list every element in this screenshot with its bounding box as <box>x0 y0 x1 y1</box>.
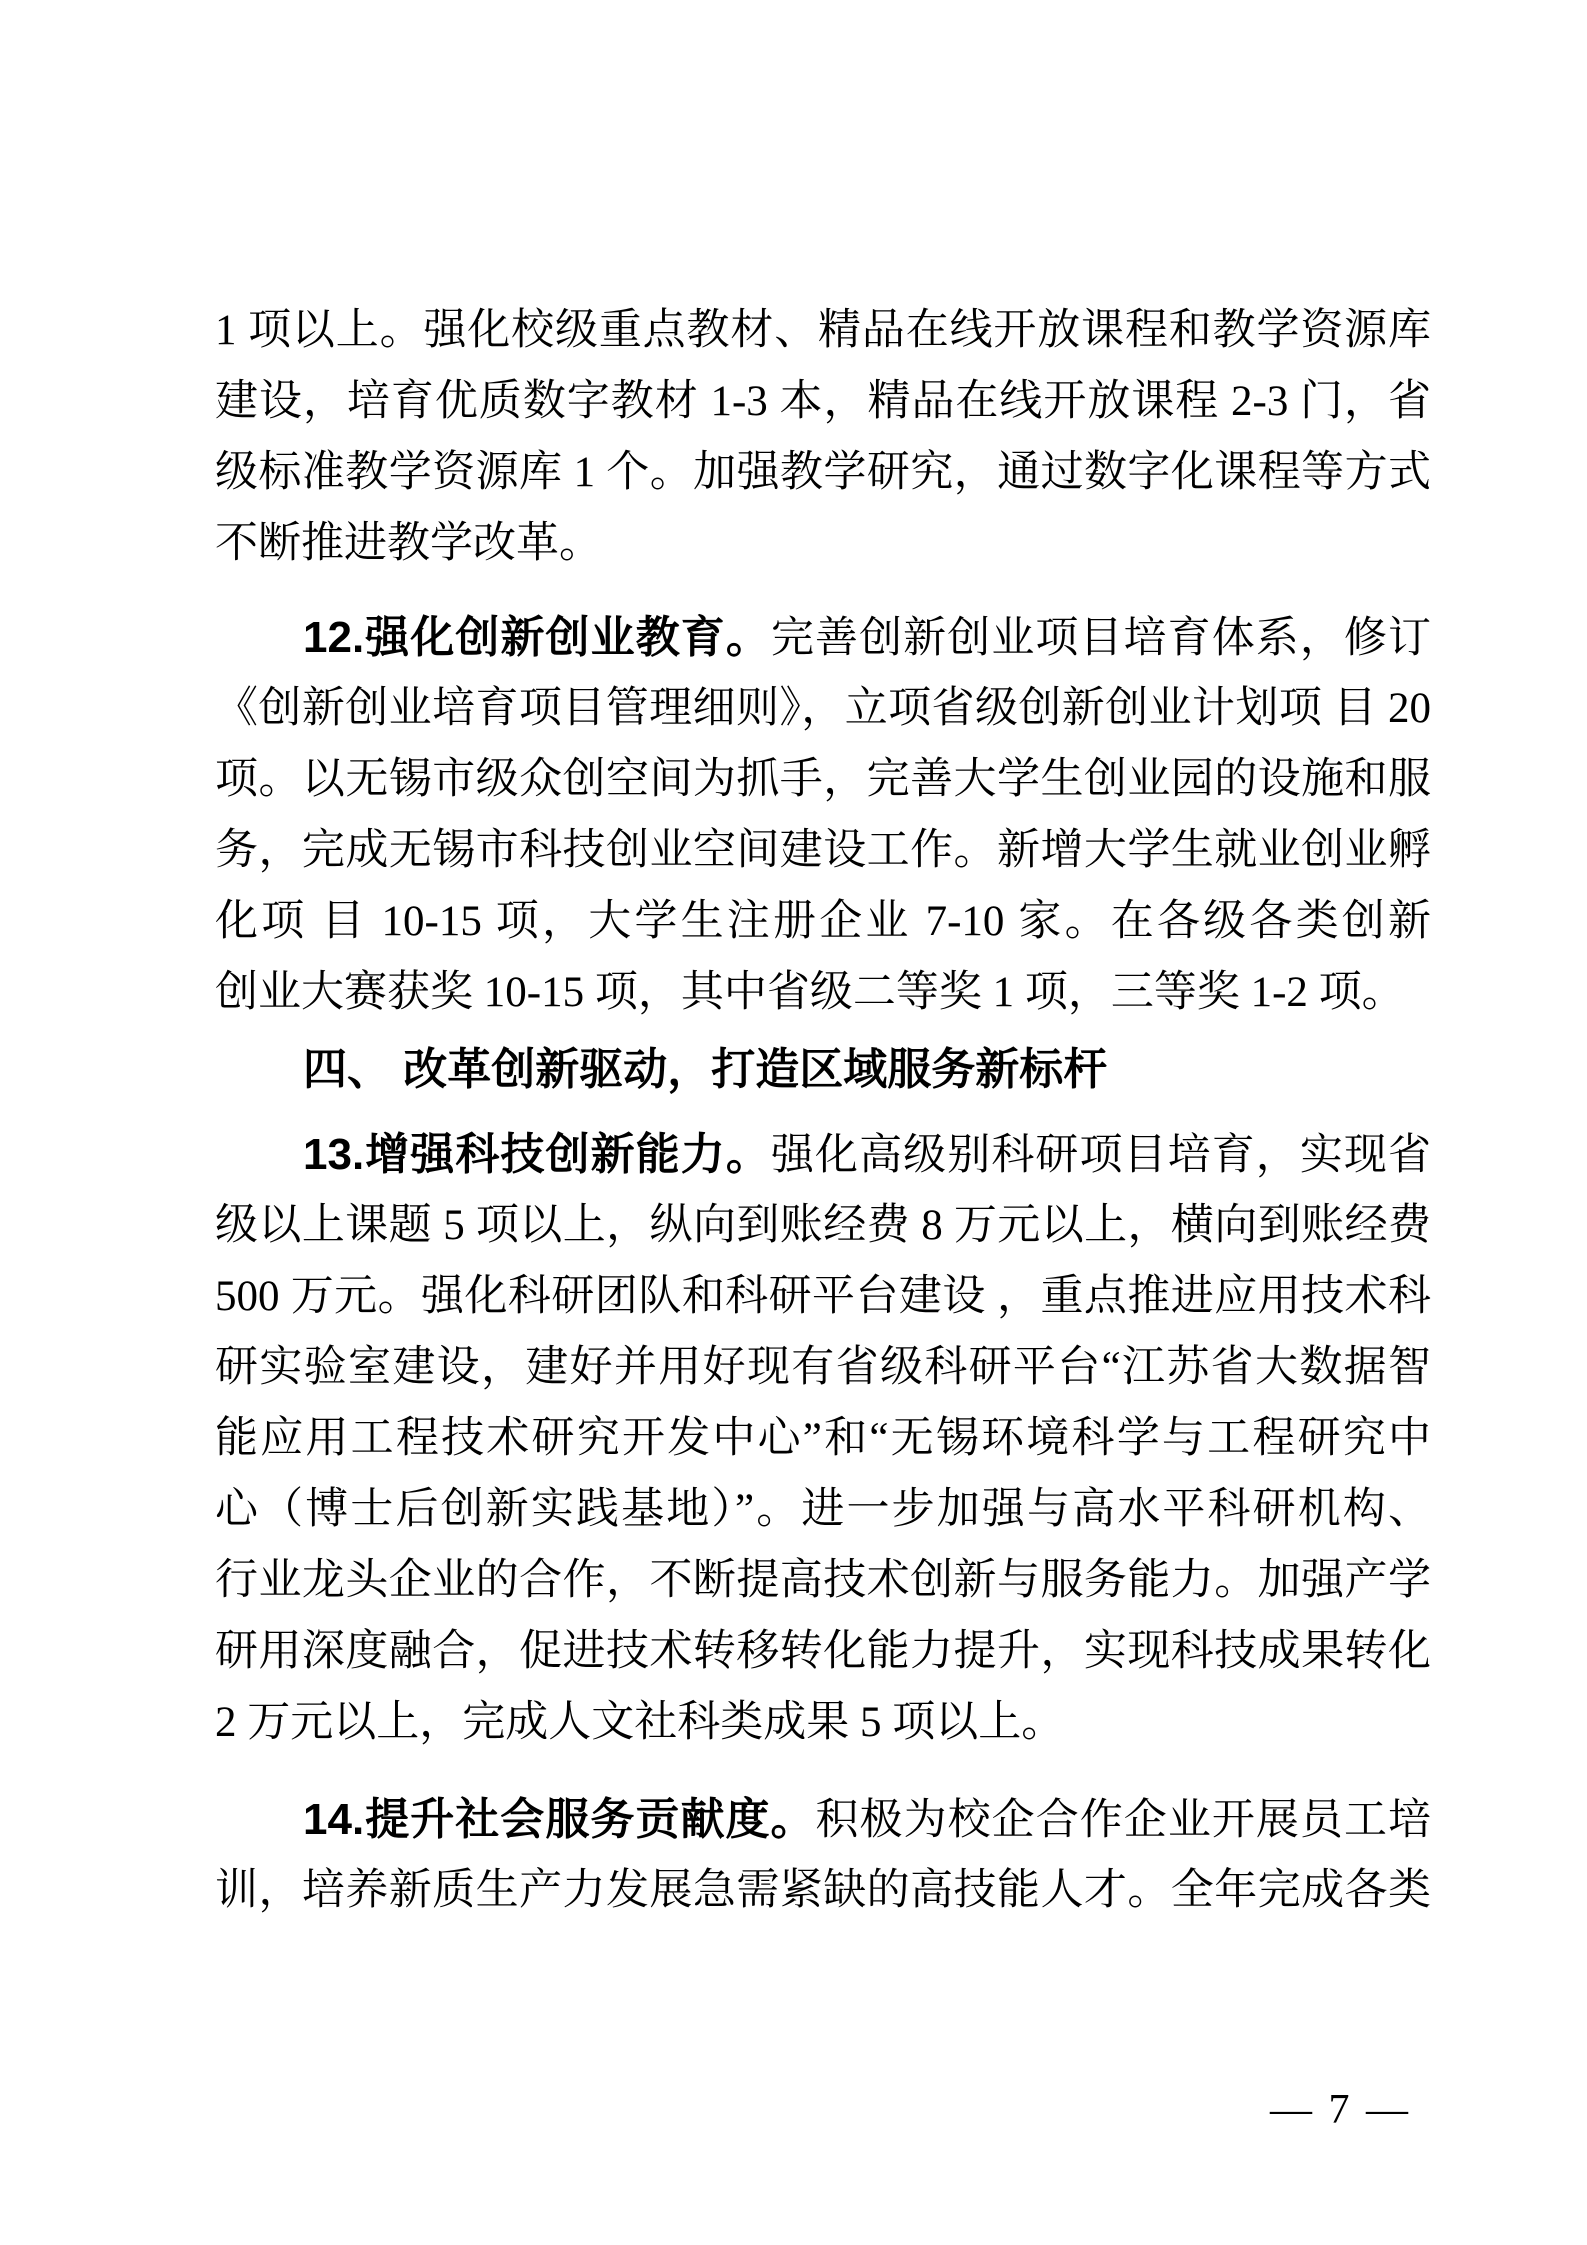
body-text: 500 万元。强化科研团队和科研平台建设 ，重点推进应用技术科 <box>215 1273 1431 1320</box>
paragraph-line: 级以上课题 5 项以上，纵向到账经费 8 万元以上，横向到账经费 <box>215 1190 1431 1261</box>
paragraph-line: 500 万元。强化科研团队和科研平台建设 ，重点推进应用技术科 <box>215 1261 1431 1332</box>
body-text: 2 万元以上，完成人文社科类成果 5 项以上。 <box>215 1699 1064 1746</box>
body-text: 研实验室建设，建好并用好现有省级科研平台“江苏省大数据智 <box>215 1344 1431 1391</box>
paragraph-line: 训，培养新质生产力发展急需紧缺的高技能人才。全年完成各类 <box>215 1855 1431 1926</box>
paragraph-line: 研用深度融合，促进技术转移转化能力提升，实现科技成果转化 <box>215 1616 1431 1687</box>
body-text: 能应用工程技术研究开发中心”和“无锡环境科学与工程研究中 <box>215 1415 1431 1462</box>
body-text: 化项 目 10-15 项，大学生注册企业 7-10 家。在各级各类创新 <box>215 898 1431 945</box>
clause-14-lead: 14.提升社会服务贡献度。 <box>303 1795 816 1844</box>
body-text: 研用深度融合，促进技术转移转化能力提升，实现科技成果转化 <box>215 1628 1431 1675</box>
paragraph-line: 务，完成无锡市科技创业空间建设工作。新增大学生就业创业孵 <box>215 815 1431 886</box>
paragraph-line: 能应用工程技术研究开发中心”和“无锡环境科学与工程研究中 <box>215 1403 1431 1474</box>
paragraph-end-line: 2 万元以上，完成人文社科类成果 5 项以上。 <box>215 1687 1431 1758</box>
section-heading: 四、 改革创新驱动，打造区域服务新标杆 <box>215 1034 1431 1105</box>
body-text: 创业大赛获奖 10-15 项，其中省级二等奖 1 项，三等奖 1-2 项。 <box>215 969 1405 1016</box>
body-text: 建设，培育优质数字教材 1-3 本，精品在线开放课程 2-3 门，省 <box>215 378 1431 425</box>
paragraph-line: 级标准教学资源库 1 个。加强教学研究，通过数字化课程等方式 <box>215 437 1431 508</box>
body-text: 积极为校企合作企业开展员工培 <box>816 1797 1431 1844</box>
body-text: 训，培养新质生产力发展急需紧缺的高技能人才。全年完成各类 <box>215 1867 1431 1914</box>
body-text: 完善创新创业项目培育体系，修订 <box>771 615 1431 662</box>
body-text: 1 项以上。强化校级重点教材、精品在线开放课程和教学资源库 <box>215 307 1431 354</box>
body-text: 级以上课题 5 项以上，纵向到账经费 8 万元以上，横向到账经费 <box>215 1202 1431 1249</box>
body-text: 心（博士后创新实践基地）”。进一步加强与高水平科研机构、 <box>215 1486 1431 1533</box>
body-text: 务，完成无锡市科技创业空间建设工作。新增大学生就业创业孵 <box>215 827 1431 874</box>
clause-12-lead: 12.强化创新创业教育。 <box>303 613 771 662</box>
document-page: 1 项以上。强化校级重点教材、精品在线开放课程和教学资源库 建设，培育优质数字教… <box>0 0 1587 2245</box>
clause-13-lead: 13.增强科技创新能力。 <box>303 1130 771 1179</box>
paragraph-start-line: 13.增强科技创新能力。强化高级别科研项目培育，实现省 <box>215 1119 1431 1190</box>
paragraph-line: 项。以无锡市级众创空间为抓手，完善大学生创业园的设施和服 <box>215 744 1431 815</box>
paragraph-line: 化项 目 10-15 项，大学生注册企业 7-10 家。在各级各类创新 <box>215 886 1431 957</box>
paragraph-start-line: 12.强化创新创业教育。完善创新创业项目培育体系，修订 <box>215 602 1431 673</box>
paragraph-line: 《创新创业培育项目管理细则》，立项省级创新创业计划项 目 20 <box>215 673 1431 744</box>
paragraph-line: 心（博士后创新实践基地）”。进一步加强与高水平科研机构、 <box>215 1474 1431 1545</box>
section-heading-text: 四、 改革创新驱动，打造区域服务新标杆 <box>303 1045 1107 1094</box>
paragraph-line: 建设，培育优质数字教材 1-3 本，精品在线开放课程 2-3 门，省 <box>215 366 1431 437</box>
paragraph-start-line: 14.提升社会服务贡献度。积极为校企合作企业开展员工培 <box>215 1784 1431 1855</box>
paragraph-line: 行业龙头企业的合作，不断提高技术创新与服务能力。加强产学 <box>215 1545 1431 1616</box>
page-number: — 7 — <box>1270 2086 1411 2134</box>
body-text: 《创新创业培育项目管理细则》，立项省级创新创业计划项 目 20 <box>215 685 1431 732</box>
body-text: 不断推进教学改革。 <box>215 520 602 567</box>
paragraph-end-line: 不断推进教学改革。 <box>215 508 1431 579</box>
paragraph-line: 1 项以上。强化校级重点教材、精品在线开放课程和教学资源库 <box>215 295 1431 366</box>
body-text: 项。以无锡市级众创空间为抓手，完善大学生创业园的设施和服 <box>215 756 1431 803</box>
document-body: 1 项以上。强化校级重点教材、精品在线开放课程和教学资源库 建设，培育优质数字教… <box>215 295 1431 1926</box>
paragraph-end-line: 创业大赛获奖 10-15 项，其中省级二等奖 1 项，三等奖 1-2 项。 <box>215 957 1431 1028</box>
body-text: 行业龙头企业的合作，不断提高技术创新与服务能力。加强产学 <box>215 1557 1431 1604</box>
body-text: 强化高级别科研项目培育，实现省 <box>771 1132 1431 1179</box>
body-text: 级标准教学资源库 1 个。加强教学研究，通过数字化课程等方式 <box>215 449 1431 496</box>
paragraph-line: 研实验室建设，建好并用好现有省级科研平台“江苏省大数据智 <box>215 1332 1431 1403</box>
